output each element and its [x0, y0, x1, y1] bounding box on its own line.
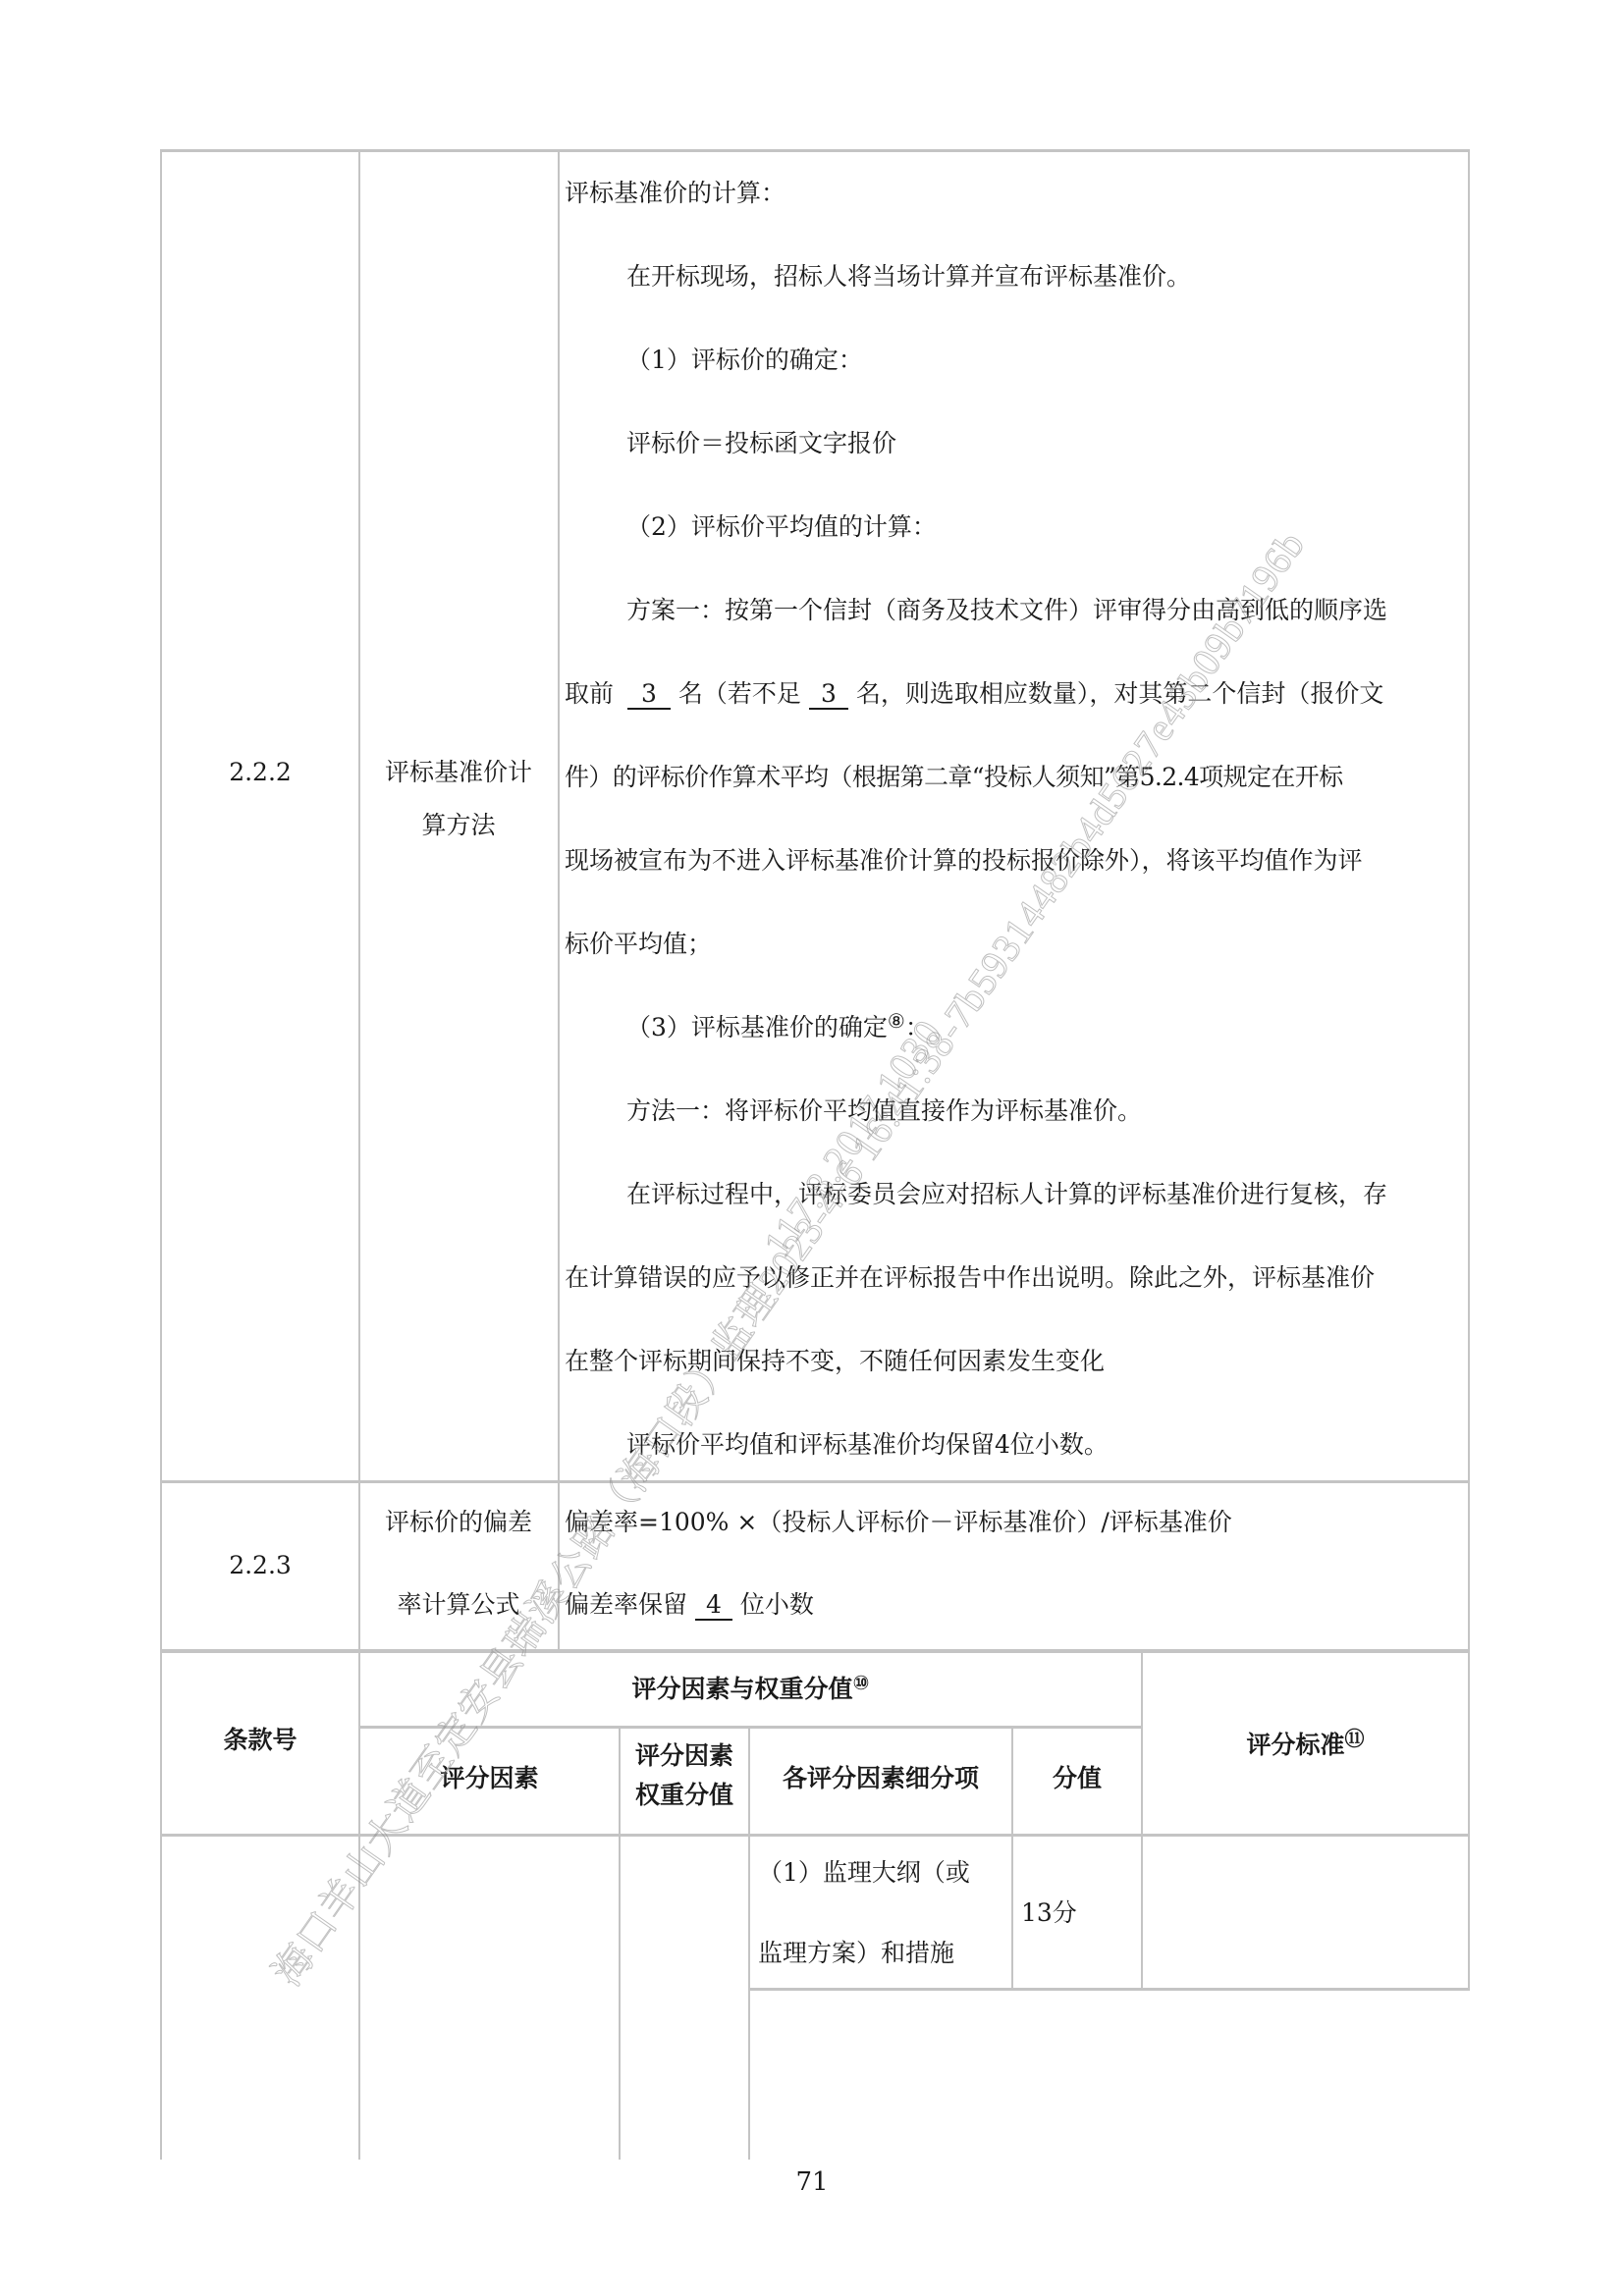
content-paragraph: 在计算错误的应予以修正并在评标报告中作出说明。除此之外，评标基准价	[565, 1263, 1375, 1293]
page-number: 71	[0, 2167, 1624, 2197]
sub-item-line: （1）监理大纲（或	[758, 1858, 970, 1888]
document-page: 2.2.2 评标基准价计 算方法 评标基准价的计算： 在开标现场，招标人将当场计…	[0, 0, 1624, 2296]
watermark-line-2: 117.8.2017.1030	[754, 1011, 951, 1265]
text-fragment: 位小数	[740, 1590, 814, 1619]
underlined-value: 3	[627, 680, 671, 710]
text-fragment: 名，则选取相应数量），对其第二个信封（报价文	[856, 679, 1384, 708]
table-left-border	[160, 149, 162, 2160]
content-paragraph: 在开标现场，招标人将当场计算并宣布评标基准价。	[626, 262, 1191, 292]
header-criteria: 评分标准⑪	[1143, 1731, 1468, 1760]
table-right-border	[1468, 149, 1470, 1991]
content-paragraph: 标价平均值；	[565, 930, 712, 959]
clause-title-line: 评标基准价计	[360, 758, 557, 787]
content-paragraph: 件）的评标价作算术平均（根据第二章“投标人须知”第5.2.4项规定在开标	[565, 763, 1343, 792]
underlined-value: 4	[695, 1591, 732, 1621]
content-paragraph: 取前 3 名（若不足 3 名，则选取相应数量），对其第二个信封（报价文	[565, 679, 1383, 710]
clause-title-line: 算方法	[360, 811, 557, 840]
content-paragraph: 在评标过程中，评标委员会应对招标人计算的评标基准价进行复核，存	[626, 1180, 1387, 1209]
footnote-marker: ⑪	[1345, 1727, 1365, 1750]
text-fragment: 名（若不足	[678, 679, 801, 708]
content-heading: 评标基准价的计算：	[565, 179, 785, 208]
col-divider-2	[558, 149, 560, 1651]
clause-number: 2.2.2	[162, 758, 358, 787]
header-clause-number: 条款号	[162, 1726, 358, 1755]
clause-title-line: 评标价的偏差	[360, 1508, 557, 1537]
content-paragraph: （3）评标基准价的确定⑧：	[626, 1013, 930, 1042]
content-paragraph: 评标价平均值和评标基准价均保留4位小数。	[626, 1430, 1109, 1460]
text-fragment: （3）评标基准价的确定	[626, 1013, 888, 1041]
header-score: 分值	[1013, 1764, 1141, 1793]
row-divider-2-2-2	[160, 1480, 1470, 1483]
content-paragraph: （1）评标价的确定：	[626, 346, 863, 375]
header-sub-items: 各评分因素细分项	[750, 1764, 1011, 1793]
content-paragraph: 现场被宣布为不进入评标基准价计算的投标报价除外），将该平均值作为评	[565, 846, 1363, 876]
underlined-value: 3	[809, 680, 848, 710]
header-factor-group-label: 评分因素与权重分值	[632, 1675, 853, 1703]
table-top-border	[160, 149, 1470, 152]
content-paragraph: （2）评标价平均值的计算：	[626, 512, 937, 542]
header-weight-line: 评分因素	[621, 1741, 748, 1771]
col-divider-criteria	[1141, 1653, 1143, 1991]
text-fragment: 取前	[565, 679, 614, 708]
header-weight-line: 权重分值	[621, 1781, 748, 1810]
formula-text: 偏差率=100% ×（投标人评标价－评标基准价）/评标基准价	[565, 1508, 1232, 1537]
scoring-row-divider	[748, 1988, 1470, 1991]
sub-item-text: （1）监理大纲（或 监理方案）和措施	[758, 1858, 970, 1968]
header-weight: 评分因素 权重分值	[621, 1741, 748, 1810]
retain-digits-text: 偏差率保留 4 位小数	[565, 1590, 814, 1621]
clause-title: 评标基准价计 算方法	[360, 758, 557, 840]
content-paragraph: 在整个评标期间保持不变，不随任何因素发生变化	[565, 1347, 1105, 1376]
header-criteria-label: 评分标准	[1246, 1731, 1344, 1759]
clause-number: 2.2.3	[162, 1551, 358, 1580]
footnote-marker: ⑩	[853, 1671, 870, 1694]
sub-item-line: 监理方案）和措施	[758, 1939, 970, 1968]
content-paragraph: 评标价＝投标函文字报价	[626, 429, 896, 458]
score-value: 13分	[1021, 1898, 1077, 1928]
row-divider-2-2-3	[160, 1649, 1470, 1653]
